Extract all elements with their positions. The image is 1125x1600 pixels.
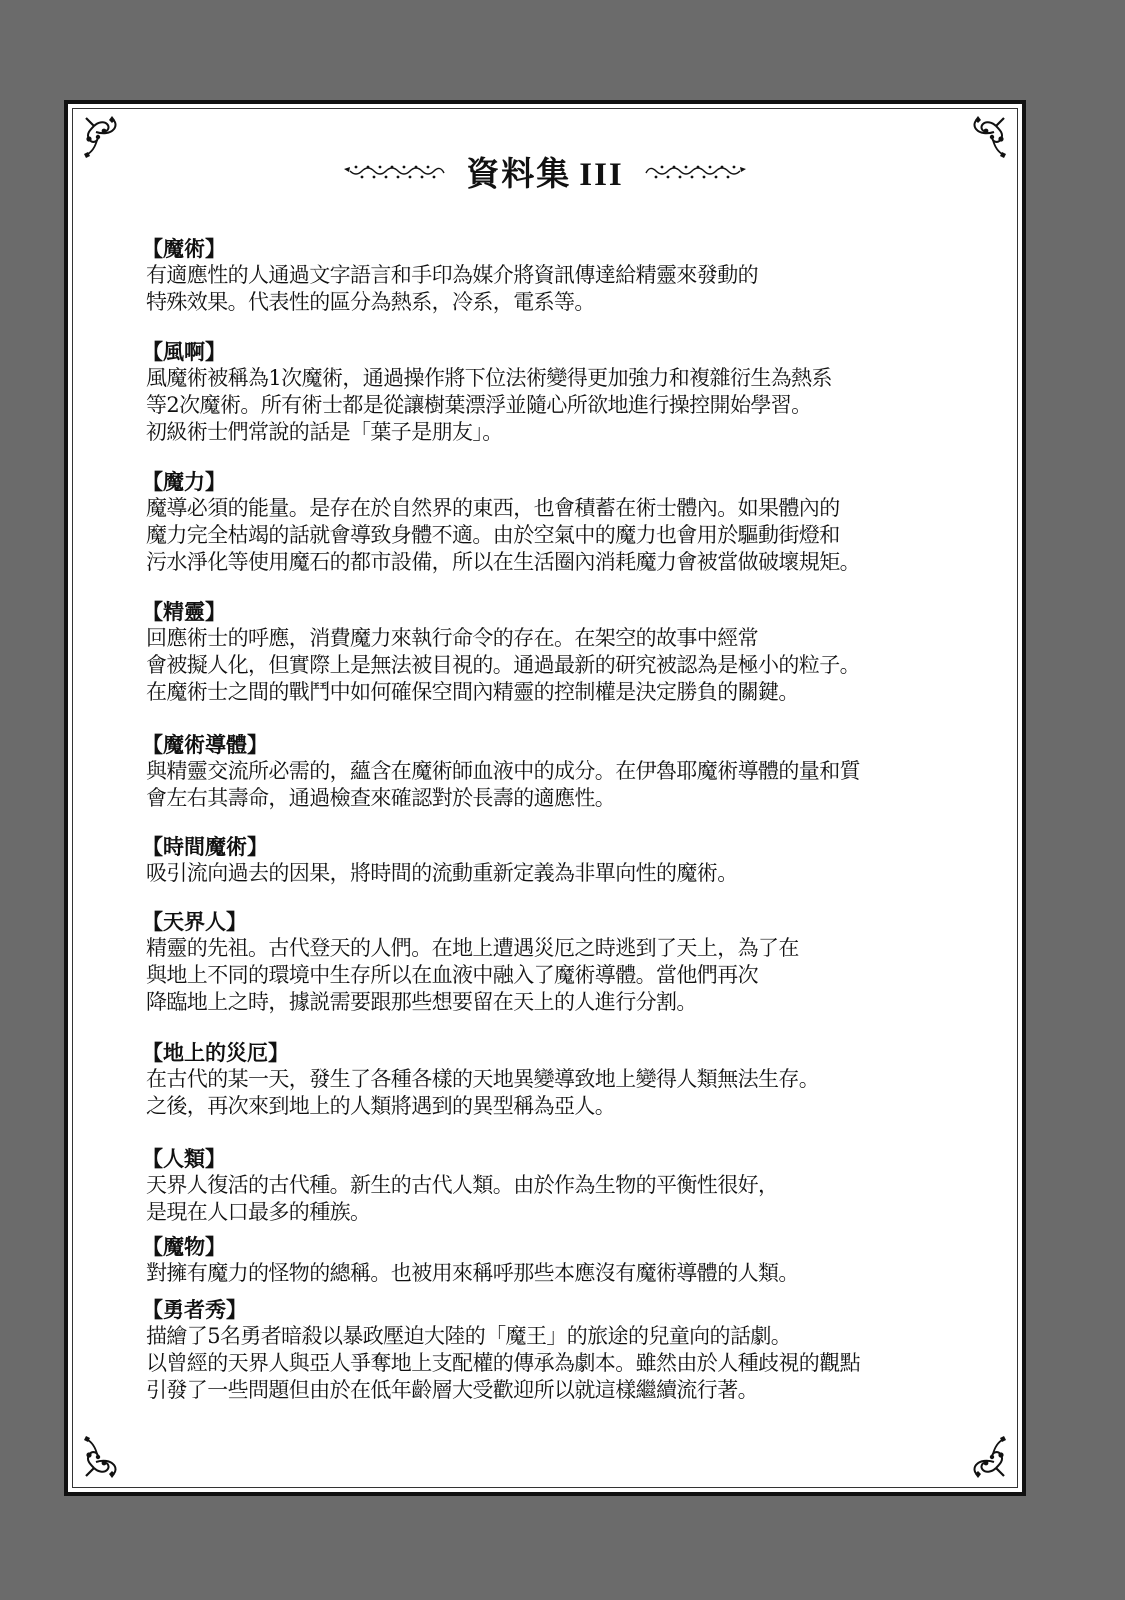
page-title-numeral: III — [579, 157, 624, 193]
entry-line: 初級術士們常說的話是「葉子是朋友」。 — [146, 419, 1006, 446]
glossary-entry-hero-show: 【勇者秀】 描繪了5名勇者暗殺以暴政壓迫大陸的「魔王」的旅途的兒童向的話劇。 以… — [146, 1297, 1006, 1404]
glossary-entry-magic: 【魔術】 有適應性的人通過文字語言和手印為媒介將資訊傳達給精靈來發動的 特殊效果… — [146, 236, 1006, 316]
entry-line: 描繪了5名勇者暗殺以暴政壓迫大陸的「魔王」的旅途的兒童向的話劇。 — [146, 1323, 1006, 1350]
entry-line: 與精靈交流所必需的，蘊含在魔術師血液中的成分。在伊魯耶魔術導體的量和質 — [146, 758, 1006, 785]
glossary-entry-earth-calamity: 【地上的災厄】 在古代的某一天，發生了各種各樣的天地異變導致地上變得人類無法生存… — [146, 1040, 1006, 1120]
entry-heading: 【勇者秀】 — [142, 1297, 1006, 1323]
entry-heading: 【人類】 — [142, 1146, 1006, 1172]
glossary-entry-mana: 【魔力】 魔導必須的能量。是存在於自然界的東西，也會積蓄在術士體內。如果體內的 … — [146, 469, 1006, 576]
vine-ornament-icon — [344, 163, 448, 181]
glossary-entry-wind: 【風啊】 風魔術被稱為1次魔術，通過操作將下位法術變得更加強力和複雜衍生為熱系 … — [146, 339, 1006, 446]
entry-heading: 【魔力】 — [142, 469, 1006, 495]
glossary-entry-magic-conductor: 【魔術導體】 與精靈交流所必需的，蘊含在魔術師血液中的成分。在伊魯耶魔術導體的量… — [146, 732, 1006, 812]
glossary-entry-celestials: 【天界人】 精靈的先祖。古代登天的人們。在地上遭遇災厄之時逃到了天上，為了在 與… — [146, 909, 1006, 1016]
glossary-entry-spirit: 【精靈】 回應術士的呼應，消費魔力來執行命令的存在。在架空的故事中經常 會被擬人… — [146, 599, 1006, 706]
entry-line: 會被擬人化，但實際上是無法被目視的。通過最新的研究被認為是極小的粒子。 — [146, 652, 1006, 679]
entry-line: 之後，再次來到地上的人類將遇到的異型稱為亞人。 — [146, 1093, 1006, 1120]
entry-line: 以曾經的天界人與亞人爭奪地上支配權的傳承為劇本。雖然由於人種歧視的觀點 — [146, 1350, 1006, 1377]
entry-heading: 【地上的災厄】 — [142, 1040, 1006, 1066]
entry-line: 天界人復活的古代種。新生的古代人類。由於作為生物的平衡性很好， — [146, 1172, 1006, 1199]
flourish-icon — [962, 1432, 1010, 1480]
entry-heading: 【時間魔術】 — [142, 834, 1006, 860]
glossary-entry-humans: 【人類】 天界人復活的古代種。新生的古代人類。由於作為生物的平衡性很好， 是現在… — [146, 1146, 1006, 1226]
corner-flourish-icon — [80, 1432, 128, 1480]
entry-heading: 【魔術】 — [142, 236, 1006, 262]
entry-line: 在古代的某一天，發生了各種各樣的天地異變導致地上變得人類無法生存。 — [146, 1066, 1006, 1093]
flourish-icon — [80, 1432, 128, 1480]
entry-line: 魔導必須的能量。是存在於自然界的東西，也會積蓄在術士體內。如果體內的 — [146, 495, 1006, 522]
entry-heading: 【魔術導體】 — [142, 732, 1006, 758]
entry-line: 降臨地上之時，據説需要跟那些想要留在天上的人進行分割。 — [146, 989, 1006, 1016]
entry-line: 特殊效果。代表性的區分為熱系，冷系，電系等。 — [146, 289, 1006, 316]
entry-line: 污水淨化等使用魔石的都市設備，所以在生活圈內消耗魔力會被當做破壞規矩。 — [146, 549, 1006, 576]
entry-line: 吸引流向過去的因果，將時間的流動重新定義為非單向性的魔術。 — [146, 860, 1006, 887]
entry-line: 精靈的先祖。古代登天的人們。在地上遭遇災厄之時逃到了天上，為了在 — [146, 935, 1006, 962]
title-row: 資料集III — [68, 148, 1022, 195]
glossary-entry-monsters: 【魔物】 對擁有魔力的怪物的總稱。也被用來稱呼那些本應沒有魔術導體的人類。 — [146, 1234, 1006, 1287]
vine-ornament-icon — [642, 163, 746, 181]
entry-line: 有適應性的人通過文字語言和手印為媒介將資訊傳達給精靈來發動的 — [146, 262, 1006, 289]
entry-line: 對擁有魔力的怪物的總稱。也被用來稱呼那些本應沒有魔術導體的人類。 — [146, 1260, 1006, 1287]
entry-line: 等2次魔術。所有術士都是從讓樹葉漂浮並隨心所欲地進行操控開始學習。 — [146, 392, 1006, 419]
entry-line: 風魔術被稱為1次魔術，通過操作將下位法術變得更加強力和複雜衍生為熱系 — [146, 365, 1006, 392]
entry-heading: 【魔物】 — [142, 1234, 1006, 1260]
entry-heading: 【風啊】 — [142, 339, 1006, 365]
page-title-text: 資料集 — [466, 154, 571, 193]
entry-line: 在魔術士之間的戰鬥中如何確保空間內精靈的控制權是決定勝負的關鍵。 — [146, 679, 1006, 706]
entry-line: 是現在人口最多的種族。 — [146, 1199, 1006, 1226]
entry-line: 引發了一些問題但由於在低年齡層大受歡迎所以就這樣繼續流行著。 — [146, 1377, 1006, 1404]
page-title: 資料集III — [466, 148, 624, 195]
glossary-entries: 【魔術】 有適應性的人通過文字語言和手印為媒介將資訊傳達給精靈來發動的 特殊效果… — [146, 236, 1006, 1404]
entry-heading: 【精靈】 — [142, 599, 1006, 625]
entry-line: 會左右其壽命，通過檢查來確認對於長壽的適應性。 — [146, 785, 1006, 812]
glossary-entry-time-magic: 【時間魔術】 吸引流向過去的因果，將時間的流動重新定義為非單向性的魔術。 — [146, 834, 1006, 887]
entry-heading: 【天界人】 — [142, 909, 1006, 935]
entry-line: 魔力完全枯竭的話就會導致身體不適。由於空氣中的魔力也會用於驅動街燈和 — [146, 522, 1006, 549]
page-frame: 資料集III 【魔術】 有適應性的人通過文字語言和手印為媒介將資訊傳達給精靈來發… — [64, 100, 1026, 1496]
entry-line: 回應術士的呼應，消費魔力來執行命令的存在。在架空的故事中經常 — [146, 625, 1006, 652]
corner-flourish-icon — [962, 1432, 1010, 1480]
entry-line: 與地上不同的環境中生存所以在血液中融入了魔術導體。當他們再次 — [146, 962, 1006, 989]
